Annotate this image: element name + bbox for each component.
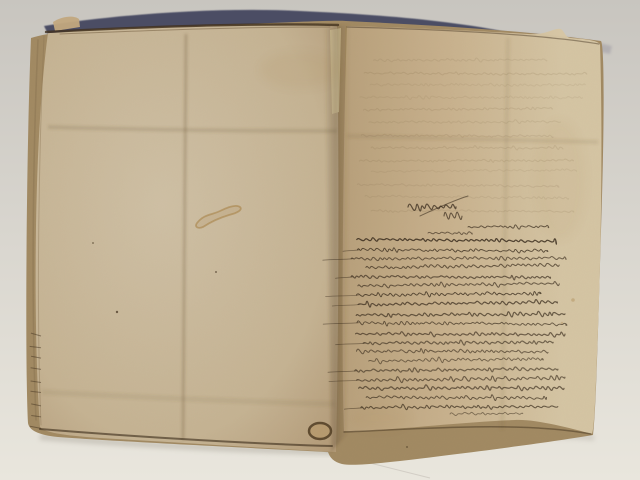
photo-viewport (0, 0, 640, 480)
paper-grain (26, 18, 606, 466)
scene-canvas (0, 0, 640, 480)
